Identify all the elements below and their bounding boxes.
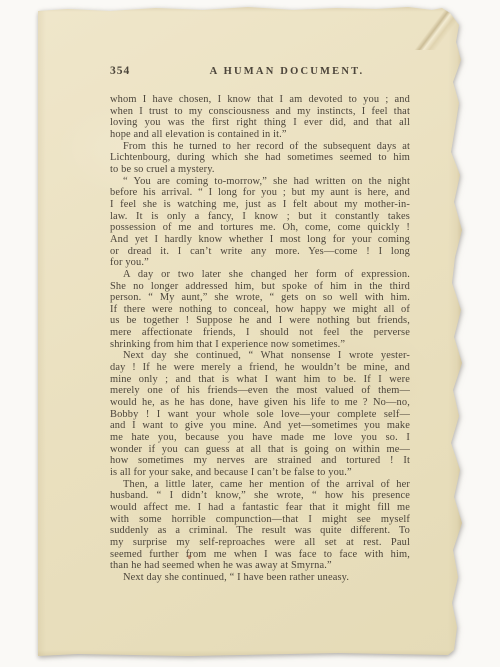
text-line: mere affectionate friends, I should not … — [110, 327, 410, 339]
text-line: She no longer addressed him, but spoke o… — [110, 281, 410, 293]
text-line: for you.” — [110, 257, 410, 269]
paper-sheet: 354 A HUMAN DOCUMENT. whom I have chosen… — [38, 6, 464, 656]
text-line: than he had seemed when he was away at S… — [110, 560, 410, 572]
text-line: day ! If he were merely a friend, he wou… — [110, 362, 410, 374]
text-line: “ You are coming to-morrow,” she had wri… — [110, 176, 410, 188]
text-line: merely one of his friends—even the most … — [110, 385, 410, 397]
text-line: law. It is only a fancy, I know ; but it… — [110, 211, 410, 223]
text-line: loving you was the first right thing I e… — [110, 117, 410, 129]
text-line: Next day she continued, “ I have been ra… — [110, 572, 410, 584]
book-page: 354 A HUMAN DOCUMENT. whom I have chosen… — [38, 6, 464, 656]
text-line: mine only ; and that is what I want him … — [110, 374, 410, 386]
scanned-page-photo: 354 A HUMAN DOCUMENT. whom I have chosen… — [0, 0, 500, 667]
text-line: And yet I hardly know whether I most lon… — [110, 234, 410, 246]
corner-fold — [414, 6, 464, 50]
text-line: Next day she continued, “ What nonsense … — [110, 350, 410, 362]
text-line: husband. “ I didn’t know,” she wrote, “ … — [110, 490, 410, 502]
text-line: my surprise my self-reproaches were all … — [110, 537, 410, 549]
text-line: From this he turned to her record of the… — [110, 141, 410, 153]
text-line: before his arrival. “ I long for you ; b… — [110, 187, 410, 199]
text-line: would he, as he has done, have given his… — [110, 397, 410, 409]
text-line: A day or two later she changed her form … — [110, 269, 410, 281]
text-line: is all for your sake, and because I can’… — [110, 467, 410, 479]
text-line: me hate you, because you have made me lo… — [110, 432, 410, 444]
text-line: Then, a little later, came her mention o… — [110, 479, 410, 491]
running-head: 354 A HUMAN DOCUMENT. — [110, 64, 410, 79]
text-line: If there were nothing to conceal, how ha… — [110, 304, 410, 316]
text-line: shrinking from him that I experience now… — [110, 339, 410, 351]
text-line: when I trust to my consciousness and my … — [110, 106, 410, 118]
running-title: A HUMAN DOCUMENT. — [137, 64, 437, 79]
text-line: Bobby ! I want your whole sole love—your… — [110, 409, 410, 421]
text-line: possession of me and tortures me. Oh, co… — [110, 222, 410, 234]
text-line: how sometimes my nerves are strained and… — [110, 455, 410, 467]
text-line: hope and all elevation is contained in i… — [110, 129, 410, 141]
text-line: to be so cruel a mystery. — [110, 164, 410, 176]
text-line: us be together ! Suppose he and I were n… — [110, 315, 410, 327]
text-line: Lichtenbourg, during which she had somet… — [110, 152, 410, 164]
paper-speck — [188, 555, 191, 559]
page-content: 354 A HUMAN DOCUMENT. whom I have chosen… — [110, 64, 410, 584]
text-line: wonder if you can guess at all that is g… — [110, 444, 410, 456]
text-line: suddenly as a criminal. The result was q… — [110, 525, 410, 537]
text-line: seemed further from me when I was face t… — [110, 549, 410, 561]
page-number: 354 — [110, 64, 130, 79]
text-line: or dread it. I can’t write any more. Yes… — [110, 246, 410, 258]
text-line: person. “ My aunt,” she wrote, “ gets on… — [110, 292, 410, 304]
text-line: I feel she is watching me, just as I fel… — [110, 199, 410, 211]
text-line: and I want to give you mine. And yet—som… — [110, 420, 410, 432]
text-line: with some horrible compunction—that I mi… — [110, 514, 410, 526]
body-text: whom I have chosen, I know that I am dev… — [110, 94, 410, 584]
text-line: would affect me. I had a fantastic fear … — [110, 502, 410, 514]
text-line: whom I have chosen, I know that I am dev… — [110, 94, 410, 106]
